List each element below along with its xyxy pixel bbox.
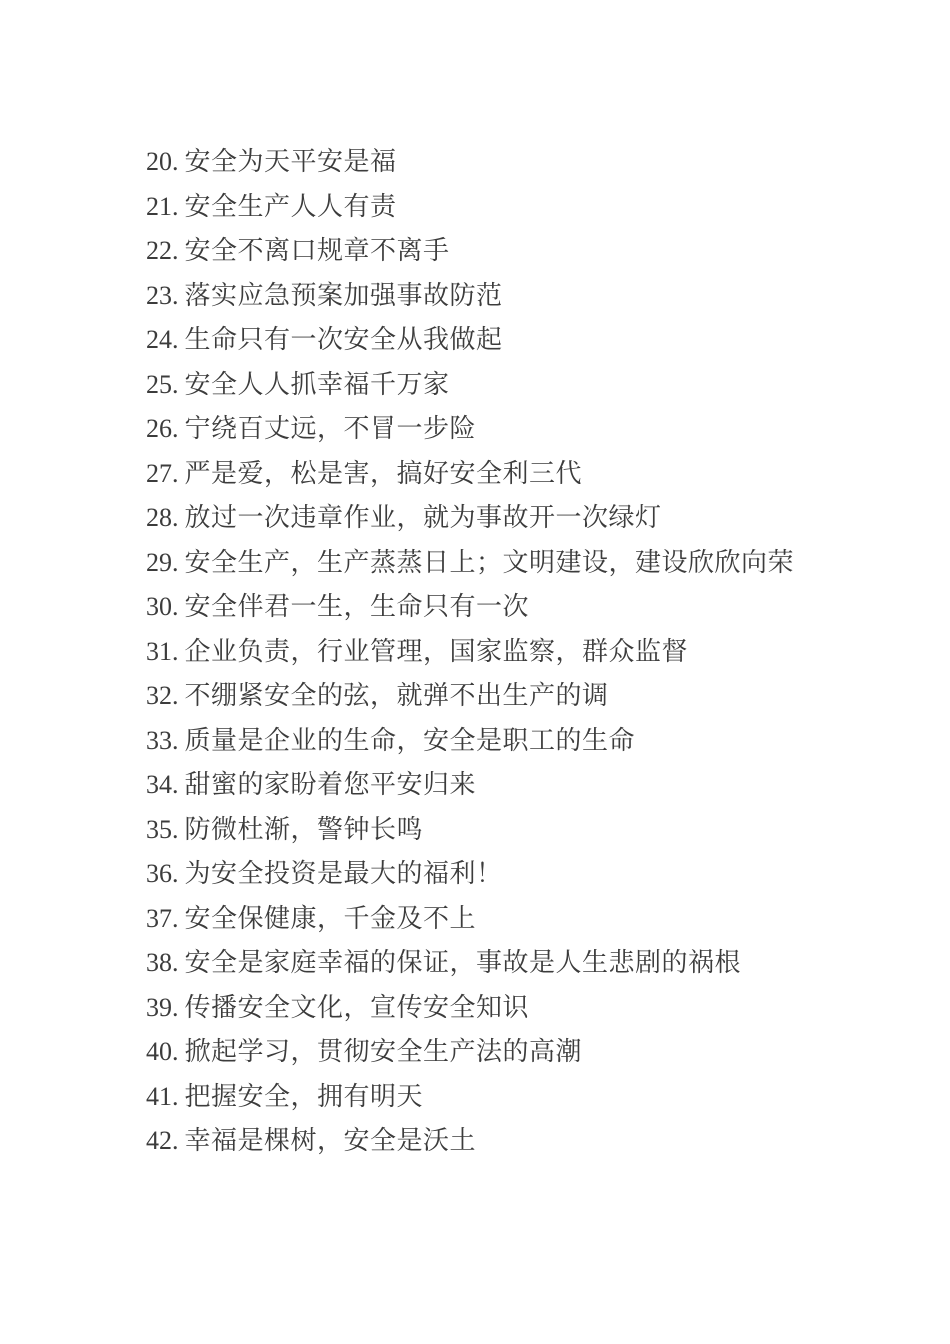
list-item-number: 41.	[146, 1075, 179, 1120]
list-item-number: 40.	[146, 1030, 179, 1075]
list-item-number: 22.	[146, 229, 179, 274]
list-item-number: 27.	[146, 452, 179, 497]
list-item-number: 31.	[146, 630, 179, 675]
list-item: 29.安全生产，生产蒸蒸日上；文明建设，建设欣欣向荣	[146, 541, 910, 586]
list-item: 22.安全不离口规章不离手	[146, 229, 910, 274]
list-item-text: 放过一次违章作业，就为事故开一次绿灯	[185, 503, 662, 532]
list-item: 37.安全保健康，千金及不上	[146, 897, 910, 942]
list-item-text: 安全为天平安是福	[185, 147, 397, 176]
list-item-text: 生命只有一次安全从我做起	[185, 325, 503, 354]
list-item-number: 38.	[146, 941, 179, 986]
list-item: 32.不绷紧安全的弦，就弹不出生产的调	[146, 674, 910, 719]
list-item-number: 34.	[146, 763, 179, 808]
list-item-text: 为安全投资是最大的福利！	[185, 859, 503, 888]
list-item: 26.宁绕百丈远，不冒一步险	[146, 407, 910, 452]
document-page: 20.安全为天平安是福 21.安全生产人人有责 22.安全不离口规章不离手 23…	[0, 0, 950, 1344]
list-item-number: 21.	[146, 185, 179, 230]
list-item-text: 企业负责，行业管理，国家监察，群众监督	[185, 637, 689, 666]
list-item-number: 20.	[146, 140, 179, 185]
list-item-number: 23.	[146, 274, 179, 319]
list-item-text: 幸福是棵树，安全是沃土	[185, 1126, 477, 1155]
list-item-text: 把握安全，拥有明天	[185, 1082, 424, 1111]
list-item-number: 32.	[146, 674, 179, 719]
list-item-text: 不绷紧安全的弦，就弹不出生产的调	[185, 681, 609, 710]
list-item-number: 29.	[146, 541, 179, 586]
list-item: 38.安全是家庭幸福的保证，事故是人生悲剧的祸根	[146, 941, 910, 986]
list-item-text: 掀起学习，贯彻安全生产法的高潮	[185, 1037, 583, 1066]
list-item-number: 26.	[146, 407, 179, 452]
list-item: 20.安全为天平安是福	[146, 140, 910, 185]
list-item-text: 严是爱，松是害，搞好安全利三代	[185, 459, 583, 488]
list-item-number: 28.	[146, 496, 179, 541]
list-item: 34.甜蜜的家盼着您平安归来	[146, 763, 910, 808]
list-item-text: 安全伴君一生，生命只有一次	[185, 592, 530, 621]
list-item-text: 质量是企业的生命，安全是职工的生命	[185, 726, 636, 755]
list-item: 36.为安全投资是最大的福利！	[146, 852, 910, 897]
list-item-text: 安全人人抓幸福千万家	[185, 370, 450, 399]
list-item-text: 传播安全文化，宣传安全知识	[185, 993, 530, 1022]
list-item-number: 33.	[146, 719, 179, 764]
list-item-text: 安全生产，生产蒸蒸日上；文明建设，建设欣欣向荣	[185, 548, 795, 577]
list-item: 21.安全生产人人有责	[146, 185, 910, 230]
list-item-number: 39.	[146, 986, 179, 1031]
list-item-text: 安全生产人人有责	[185, 192, 397, 221]
list-item-text: 落实应急预案加强事故防范	[185, 281, 503, 310]
list-item: 40.掀起学习，贯彻安全生产法的高潮	[146, 1030, 910, 1075]
list-item: 42.幸福是棵树，安全是沃土	[146, 1119, 910, 1164]
list-item: 41.把握安全，拥有明天	[146, 1075, 910, 1120]
list-item: 24.生命只有一次安全从我做起	[146, 318, 910, 363]
list-item: 25.安全人人抓幸福千万家	[146, 363, 910, 408]
list-item-text: 安全是家庭幸福的保证，事故是人生悲剧的祸根	[185, 948, 742, 977]
list-item-text: 防微杜渐，警钟长鸣	[185, 815, 424, 844]
list-item: 31.企业负责，行业管理，国家监察，群众监督	[146, 630, 910, 675]
list-item-number: 30.	[146, 585, 179, 630]
list-item: 33.质量是企业的生命，安全是职工的生命	[146, 719, 910, 764]
slogan-list: 20.安全为天平安是福 21.安全生产人人有责 22.安全不离口规章不离手 23…	[146, 140, 910, 1164]
list-item-number: 42.	[146, 1119, 179, 1164]
list-item: 23.落实应急预案加强事故防范	[146, 274, 910, 319]
list-item-number: 24.	[146, 318, 179, 363]
list-item-text: 安全保健康，千金及不上	[185, 904, 477, 933]
list-item-number: 35.	[146, 808, 179, 853]
list-item-text: 甜蜜的家盼着您平安归来	[185, 770, 477, 799]
list-item: 28.放过一次违章作业，就为事故开一次绿灯	[146, 496, 910, 541]
list-item-number: 36.	[146, 852, 179, 897]
list-item: 27.严是爱，松是害，搞好安全利三代	[146, 452, 910, 497]
list-item: 39.传播安全文化，宣传安全知识	[146, 986, 910, 1031]
list-item: 35.防微杜渐，警钟长鸣	[146, 808, 910, 853]
list-item-text: 安全不离口规章不离手	[185, 236, 450, 265]
list-item-number: 25.	[146, 363, 179, 408]
list-item-text: 宁绕百丈远，不冒一步险	[185, 414, 477, 443]
list-item-number: 37.	[146, 897, 179, 942]
list-item: 30.安全伴君一生，生命只有一次	[146, 585, 910, 630]
